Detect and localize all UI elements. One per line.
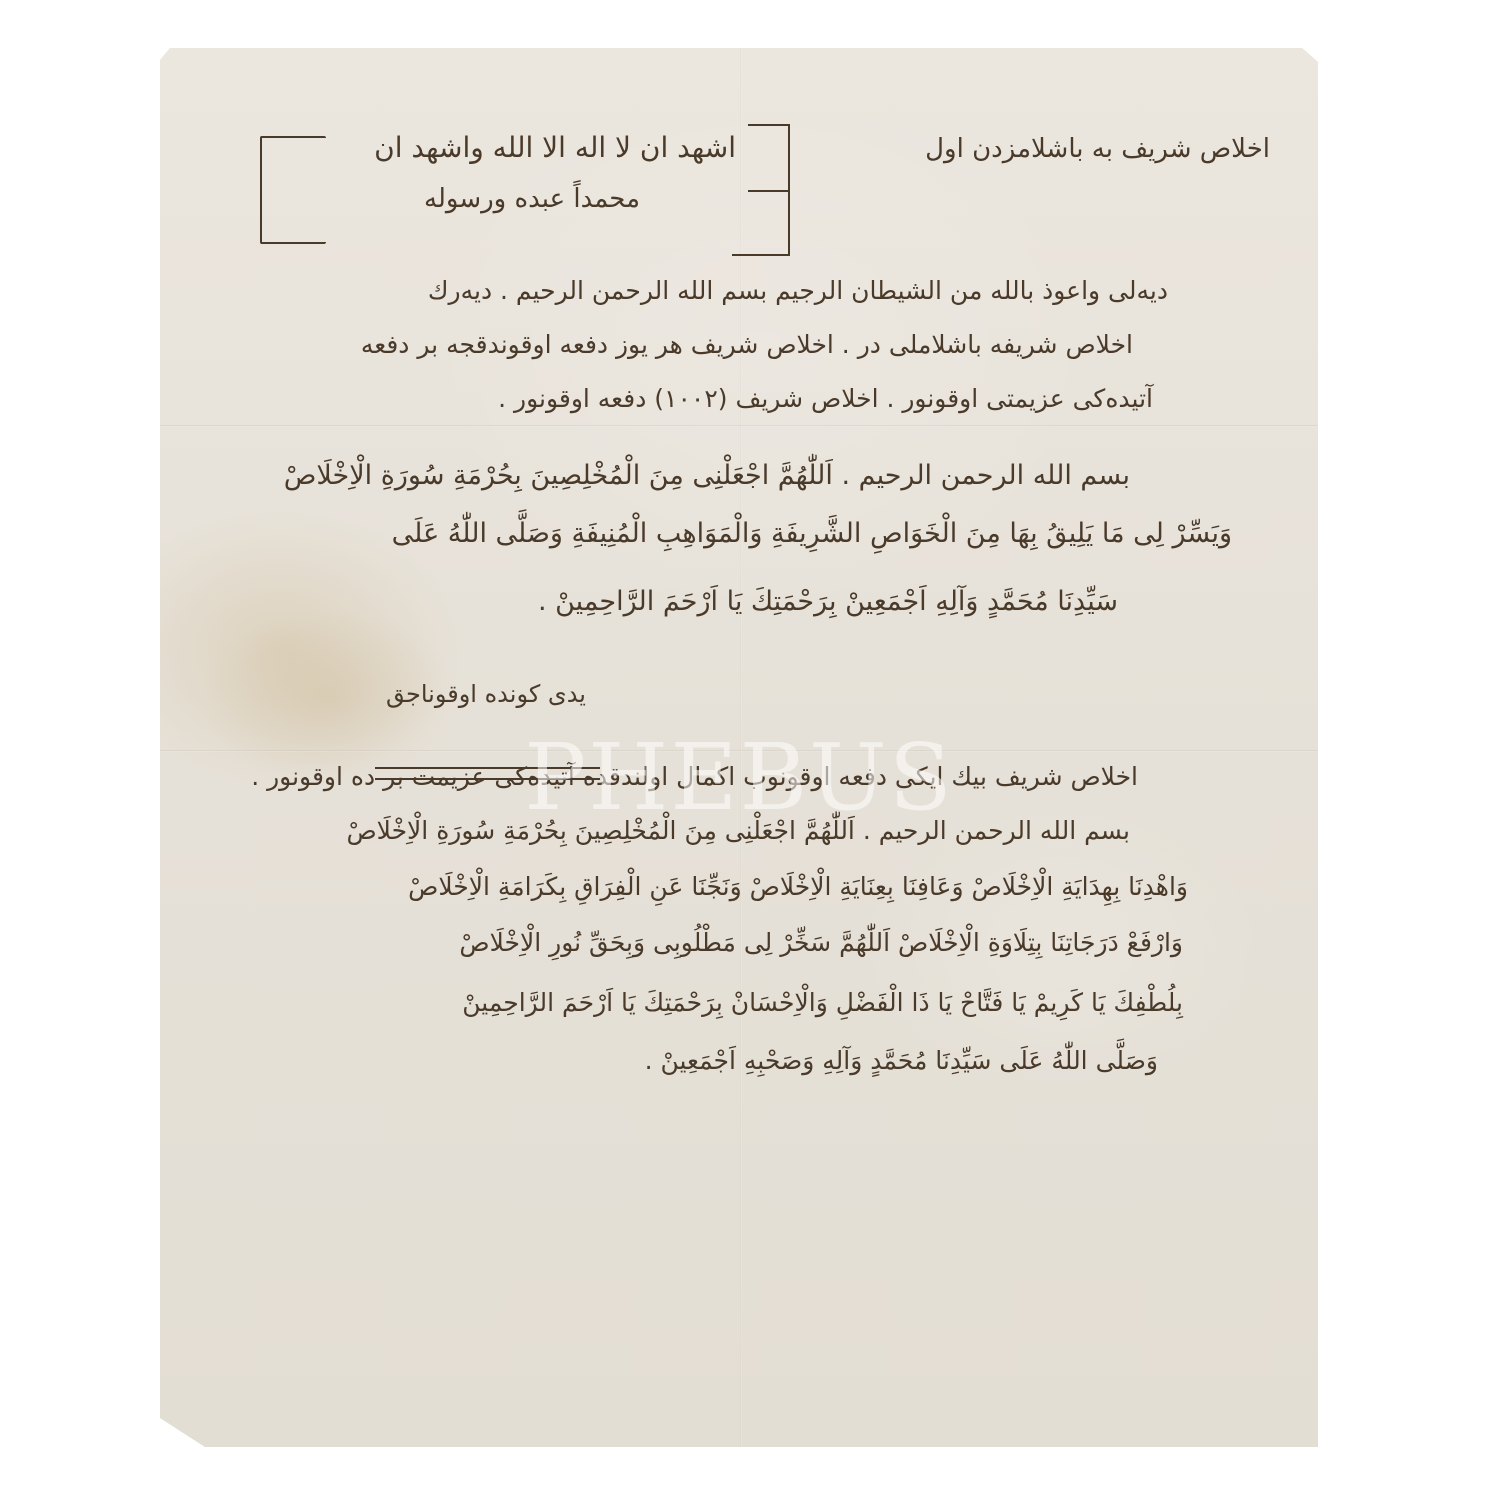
- fold-line-vertical: [740, 48, 742, 1447]
- shahada-line-2: محمداً عبده ورسوله: [424, 186, 640, 212]
- section3-title: یدی کونده اوقوناجق: [386, 682, 586, 706]
- bracket-right-bottom: [732, 188, 790, 256]
- shahada-line-1: اشهد ان لا اله الا الله واشهد ان: [374, 134, 736, 162]
- heading-ikhlas-instruction: اخلاص شريف به باشلامزدن اول: [925, 136, 1270, 162]
- section3-line-2: بسم الله الرحمن الرحیم . اَللّٰهُمَّ اجْ…: [346, 818, 1130, 843]
- section1-line-3: آتیده‌كی عزیمتی اوقونور . اخلاص شریف (١٠…: [498, 386, 1153, 411]
- section3-line-3: وَاهْدِنَا بِهِدَایَةِ الْاِخْلَاصْ وَعَ…: [408, 874, 1188, 899]
- section3-line-4: وَارْفَعْ دَرَجَاتِنَا بِتِلَاوَةِ الْاِ…: [459, 930, 1183, 955]
- section2-line-1: بسم الله الرحمن الرحیم . اَللّٰهُمَّ اجْ…: [284, 462, 1130, 489]
- section1-line-2: اخلاص شریفه باشلاملی در . اخلاص شریف هر …: [361, 332, 1133, 357]
- bracket-left: [260, 136, 326, 244]
- bracket-right-top: [748, 124, 790, 192]
- section3-line-6: وَصَلَّى اللّٰهُ عَلَى سَیِّدِنَا مُحَمَ…: [645, 1048, 1158, 1073]
- section2-line-2: وَیَسِّرْ لِی مَا یَلِیقُ بِهَا مِنَ الْ…: [392, 520, 1232, 547]
- section1-line-1: دیه‌لی واعوذ بالله من الشیطان الرجیم بسم…: [428, 278, 1168, 303]
- fold-line-lower: [160, 750, 1318, 752]
- fold-line-upper: [160, 425, 1318, 427]
- section3-line-1: اخلاص شریف بیك ایكی دفعه اوقونوب اكمال ا…: [251, 764, 1138, 789]
- manuscript-page: اخلاص شريف به باشلامزدن اول اشهد ان لا ا…: [160, 48, 1318, 1447]
- section3-line-5: بِلُطْفِكَ یَا كَرِیمْ یَا فَتَّاحْ یَا …: [462, 990, 1183, 1015]
- section2-line-3: سَیِّدِنَا مُحَمَّدٍ وَآلِهِ اَجْمَعِینْ…: [538, 588, 1118, 615]
- shahada-box: اشهد ان لا اله الا الله واشهد ان محمداً …: [260, 124, 790, 242]
